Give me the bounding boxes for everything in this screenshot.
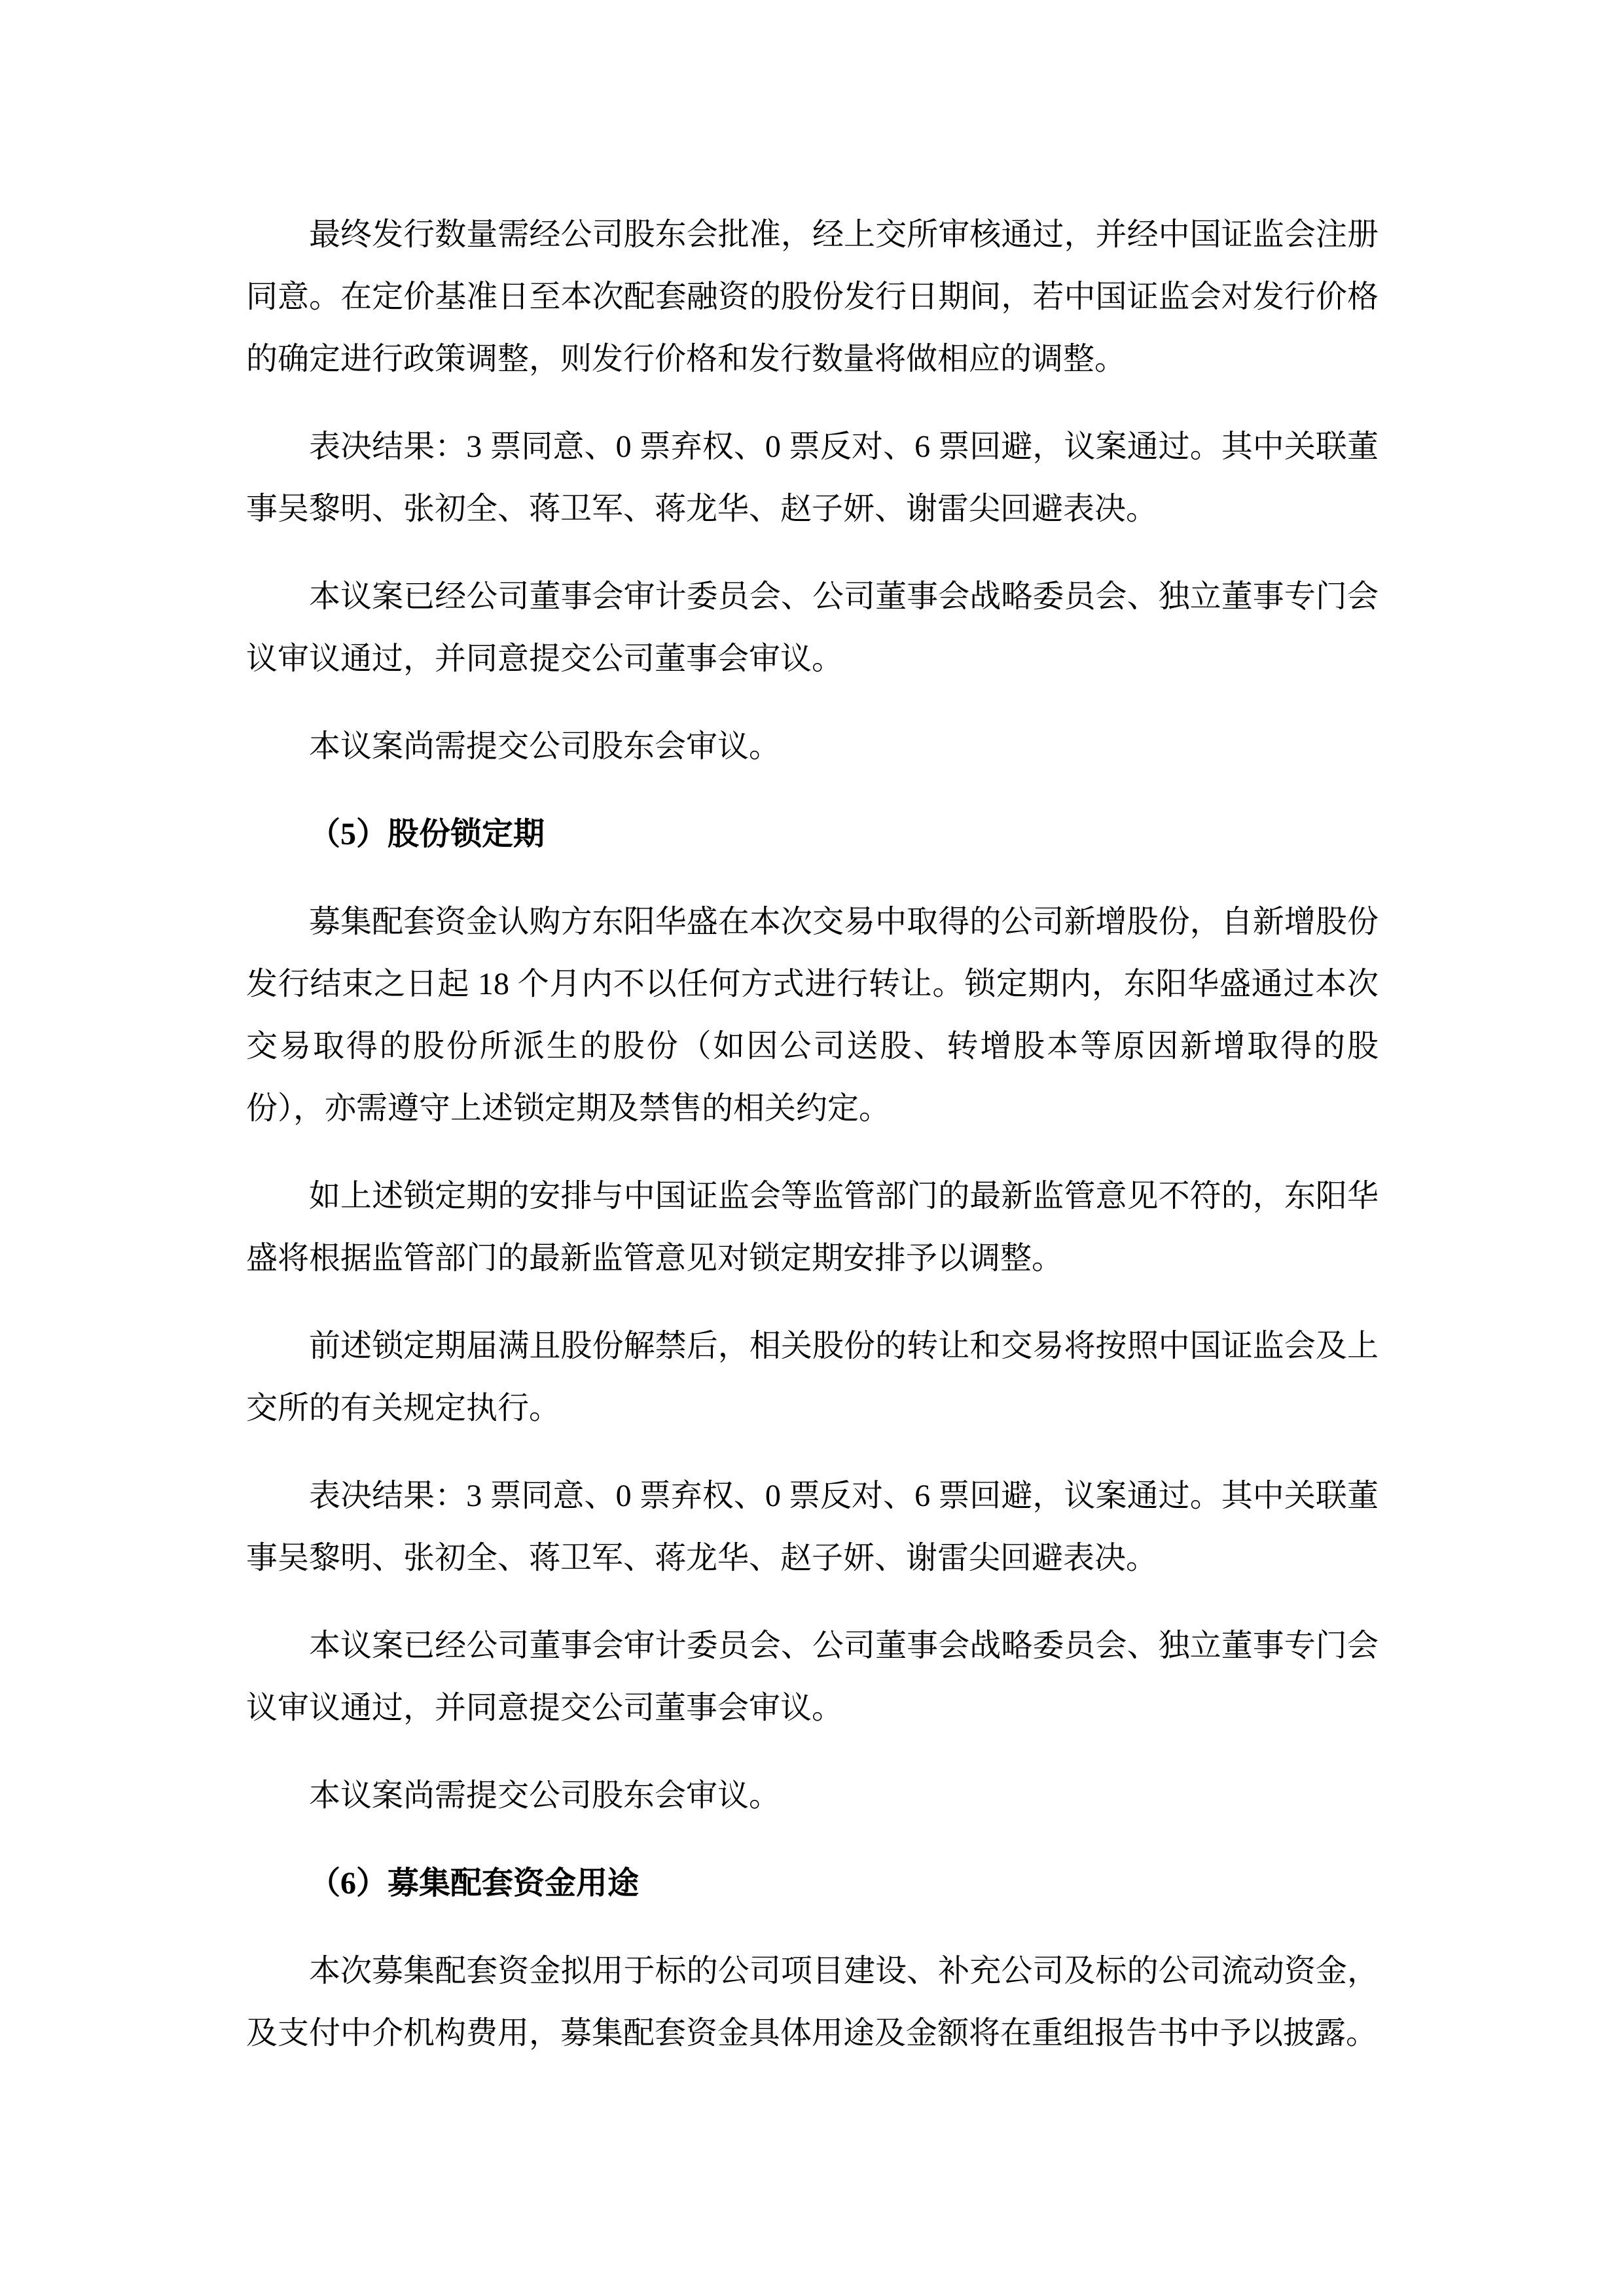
- body-paragraph: 本议案尚需提交公司股东会审议。: [246, 1765, 1379, 1827]
- body-paragraph: 本议案已经公司董事会审计委员会、公司董事会战略委员会、独立董事专门会议审议通过，…: [246, 1615, 1379, 1739]
- body-paragraph: 募集配套资金认购方东阳华盛在本次交易中取得的公司新增股份，自新增股份发行结束之日…: [246, 891, 1379, 1139]
- body-paragraph: 本议案已经公司董事会审计委员会、公司董事会战略委员会、独立董事专门会议审议通过，…: [246, 565, 1379, 690]
- body-paragraph: 如上述锁定期的安排与中国证监会等监管部门的最新监管意见不符的，东阳华盛将根据监管…: [246, 1165, 1379, 1289]
- section-heading: （6）募集配套资金用途: [246, 1852, 1379, 1914]
- document-text-column: 最终发行数量需经公司股东会批准，经上交所审核通过，并经中国证监会注册同意。在定价…: [246, 204, 1379, 2064]
- body-paragraph: 本次募集配套资金拟用于标的公司项目建设、补充公司及标的公司流动资金，及支付中介机…: [246, 1940, 1379, 2064]
- body-paragraph: 最终发行数量需经公司股东会批准，经上交所审核通过，并经中国证监会注册同意。在定价…: [246, 204, 1379, 390]
- document-page: 最终发行数量需经公司股东会批准，经上交所审核通过，并经中国证监会注册同意。在定价…: [0, 0, 1624, 2296]
- body-paragraph: 表决结果：3 票同意、0 票弃权、0 票反对、6 票回避，议案通过。其中关联董事…: [246, 416, 1379, 540]
- section-heading: （5）股份锁定期: [246, 803, 1379, 865]
- body-paragraph: 本议案尚需提交公司股东会审议。: [246, 715, 1379, 778]
- body-paragraph: 表决结果：3 票同意、0 票弃权、0 票反对、6 票回避，议案通过。其中关联董事…: [246, 1465, 1379, 1589]
- body-paragraph: 前述锁定期届满且股份解禁后，相关股份的转让和交易将按照中国证监会及上交所的有关规…: [246, 1315, 1379, 1439]
